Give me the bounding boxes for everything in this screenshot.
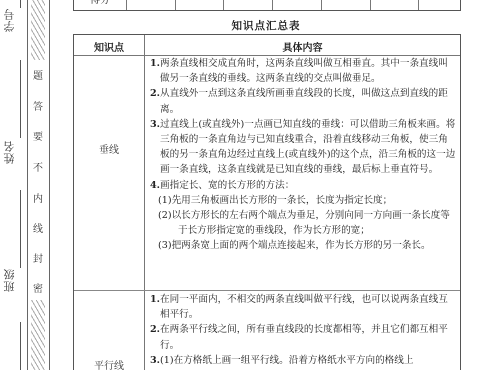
- score-table: 得分: [73, 0, 461, 11]
- seal-char: 封: [31, 250, 45, 265]
- score-label: 得分: [74, 0, 127, 10]
- seal-char: 要: [31, 128, 45, 143]
- score-cell[interactable]: [176, 0, 224, 10]
- content-item: 4.画指定长、宽的长方形的方法：: [150, 178, 456, 193]
- content-subitem: (3)把两条宽上面的两个端点连接起来，作为长方形的另一条长。: [158, 238, 456, 253]
- parallel-content: 1.在同一平面内，不相交的两条直线叫做平行线，也可以说两条直线互相平行。 2.在…: [150, 292, 456, 368]
- seal-char: 答: [31, 98, 45, 113]
- topic-perpendicular: 垂线: [74, 141, 144, 156]
- content-item: 1.两条直线相交成直角时，这两条直线叫做互相垂直。其中一条直线叫做另一条直线的垂…: [150, 56, 456, 86]
- content-item: 1.在同一平面内，不相交的两条直线叫做平行线，也可以说两条直线互相平行。: [150, 292, 456, 322]
- class-blank-lower: [20, 322, 21, 370]
- content-item: 3.过直线上(或直线外)一点画已知直线的垂线：可以借助三角板来画。将三角板的一条…: [150, 117, 456, 178]
- binding-margin: 学号 姓名 班级 题 答 要 不 内 线 封 密: [0, 0, 55, 370]
- name-blank[interactable]: [20, 60, 21, 138]
- class-blank[interactable]: [20, 190, 21, 268]
- table-header: 知识点 具体内容: [74, 35, 460, 56]
- score-cell[interactable]: [224, 0, 273, 10]
- class-label: 班级: [2, 268, 22, 292]
- header-topic: 知识点: [74, 39, 144, 54]
- topic-parallel: 平行线: [74, 357, 144, 370]
- seal-char: 线: [31, 220, 45, 235]
- seal-char: 密: [31, 280, 45, 295]
- row-divider: [74, 290, 460, 291]
- table-title: 知识点汇总表: [73, 18, 459, 33]
- name-label: 姓名: [2, 140, 22, 164]
- content-item: 3.(1)在方格纸上画一组平行线。沿着方格纸水平方向的格线上: [150, 353, 456, 368]
- hatch-top: [31, 0, 45, 60]
- seal-char: 不: [31, 159, 45, 174]
- seal-char: 内: [31, 190, 45, 205]
- perpendicular-content: 1.两条直线相交成直角时，这两条直线叫做互相垂直。其中一条直线叫做另一条直线的垂…: [150, 56, 456, 254]
- binding-line-inner: [49, 0, 50, 370]
- score-cell[interactable]: [273, 0, 322, 10]
- content-item: 2.从直线外一点到这条直线所画垂直线段的长度，叫做这点到直线的距离。: [150, 86, 456, 116]
- seal-char: 题: [31, 67, 45, 82]
- student-id-blank[interactable]: [20, 0, 21, 8]
- score-cell[interactable]: [419, 0, 460, 10]
- content-subitem: (2)以长方形长的左右两个端点为垂足，分别向同一方向画一条长度等于长方形指定宽的…: [158, 208, 456, 238]
- score-cell[interactable]: [127, 0, 176, 10]
- binding-line-outer: [27, 0, 28, 370]
- content-subitem: (1)先用三角板画出长方形的一条长，长度为指定长度；: [158, 193, 456, 208]
- hatch-bottom: [31, 300, 45, 370]
- score-cell[interactable]: [371, 0, 419, 10]
- student-id-label: 学号: [2, 8, 22, 32]
- score-cell[interactable]: [322, 0, 371, 10]
- column-divider: [144, 35, 145, 370]
- knowledge-table: 知识点 具体内容 垂线 平行线 1.两条直线相交成直角时，这两条直线叫做互相垂直…: [73, 34, 461, 370]
- header-content: 具体内容: [145, 39, 460, 54]
- content-item: 2.在两条平行线之间，所有垂直线段的长度都相等，并且它们都互相平行。: [150, 322, 456, 352]
